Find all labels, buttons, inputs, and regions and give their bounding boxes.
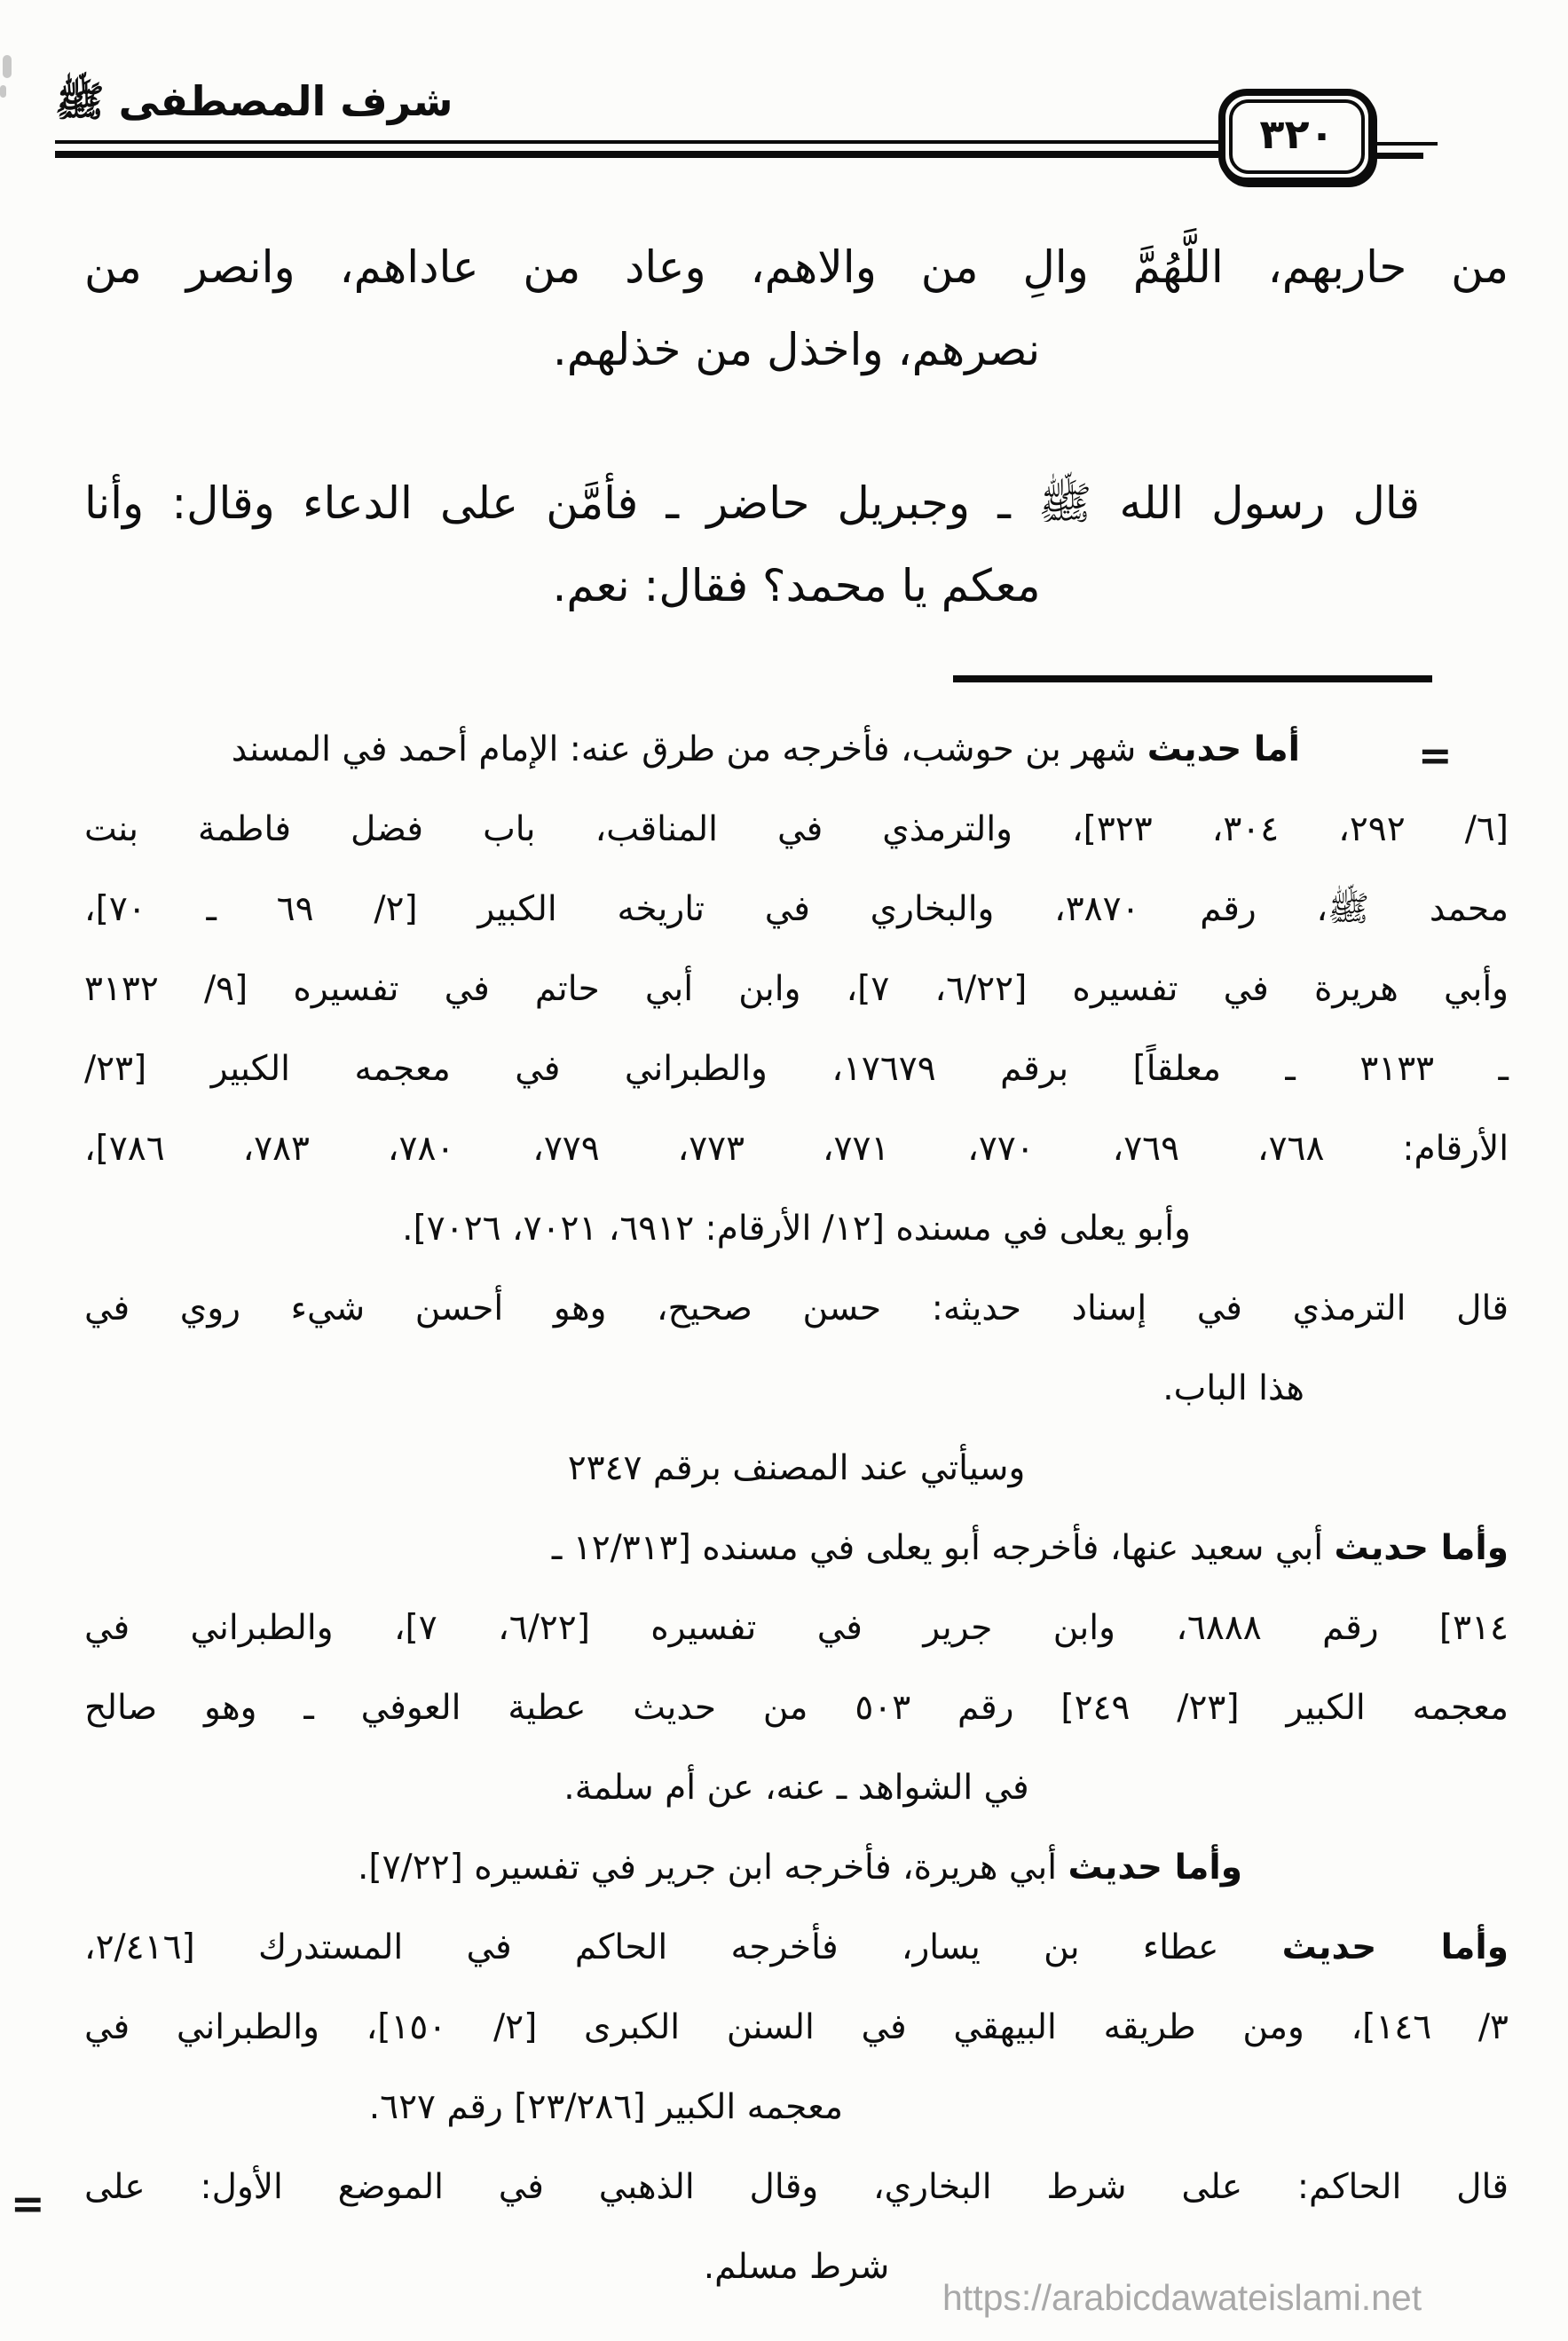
body-line: معكم يا محمد؟ فقال: نعم.	[84, 545, 1509, 627]
footnote-line-text: الأرقام: ٧٦٨، ٧٦٩، ٧٧٠، ٧٧١، ٧٧٣، ٧٧٩، ٧…	[84, 1129, 1509, 1169]
footnote-line: وأما حديث أبي سعيد عنها، فأخرجه أبو يعلى…	[84, 1509, 1509, 1588]
footnote-line: قال الحاكم: على شرط البخاري، وقال الذهبي…	[84, 2148, 1509, 2227]
footnote-lead: وأما حديث	[1282, 1927, 1509, 1967]
footnote-line-text: معجمه الكبير [٢٣/٢٨٦] رقم ٦٢٧.	[369, 2087, 843, 2127]
footnote-line-text: ـ ٣١٣٣ ـ معلقاً] برقم ١٧٦٧٩، والطبراني ف…	[84, 1049, 1509, 1089]
header-rule	[55, 151, 1218, 158]
footnote-line: الأرقام: ٧٦٨، ٧٦٩، ٧٧٠، ٧٧١، ٧٧٣، ٧٧٩، ٧…	[84, 1109, 1509, 1189]
page-number-box: ٣٢٠	[1218, 89, 1375, 185]
footnote-line-text: هذا الباب.	[1162, 1368, 1304, 1408]
body-line: نصرهم، واخذل من خذلهم.	[84, 309, 1509, 391]
scan-artifact	[0, 85, 6, 98]
footnote-line-text: شرط مسلم.	[704, 2247, 890, 2287]
footnote-line: ٣/ ١٤٦]، ومن طريقه البيهقي في السنن الكب…	[84, 1988, 1509, 2068]
footnote-line: معجمه الكبير [٢٣/ ٢٤٩] رقم ٥٠٣ من حديث ع…	[84, 1668, 1509, 1748]
footnote-line-text: وسيأتي عند المصنف برقم ٢٣٤٧	[568, 1448, 1026, 1488]
header-rule	[1377, 153, 1423, 159]
footnote-line: وأما حديث أبي هريرة، فأخرجه ابن جرير في …	[84, 1828, 1509, 1908]
footnote-continuation-mark-bottom: =	[11, 2179, 45, 2227]
footnote-line-text: وأبي هريرة في تفسيره [٦/٢٢، ٧]، وابن أبي…	[84, 969, 1509, 1009]
footnote-line-text: أبي هريرة، فأخرجه ابن جرير في تفسيره [٧/…	[358, 1848, 1068, 1888]
footnote-lead: وأما حديث	[1334, 1528, 1509, 1568]
footnote-line: ٣١٤] رقم ٦٨٨٨، وابن جرير في تفسيره [٦/٢٢…	[84, 1588, 1509, 1668]
watermark-url: https://arabicdawateislami.net	[942, 2277, 1422, 2319]
footnote-line: في الشواهد ـ عنه، عن أم سلمة.	[84, 1748, 1509, 1828]
footnote-line-text: وأبو يعلى في مسنده [١٢/ الأرقام: ٦٩١٢، ٧…	[402, 1209, 1191, 1249]
footnote-line: هذا الباب.	[84, 1349, 1509, 1429]
footnote-lead: وأما حديث	[1068, 1848, 1242, 1888]
footnote-separator-rule	[953, 675, 1432, 682]
page-number: ٣٢٠	[1259, 110, 1334, 163]
body-line: قال رسول الله ﷺ ـ وجبريل حاضر ـ فأمَّن ع…	[84, 462, 1509, 545]
footnote-line: وأما حديث عطاء بن يسار، فأخرجه الحاكم في…	[84, 1908, 1509, 1988]
scanned-book-page: شرف المصطفى ﷺ ٣٢٠ من حاربهم، اللَّهُمَّ …	[0, 0, 1568, 2341]
footnote-line-text: في الشواهد ـ عنه، عن أم سلمة.	[563, 1768, 1028, 1808]
footnote-line-text: قال الحاكم: على شرط البخاري، وقال الذهبي…	[84, 2167, 1509, 2207]
footnote-line: وسيأتي عند المصنف برقم ٢٣٤٧	[84, 1429, 1509, 1509]
footnote-line: وأبو يعلى في مسنده [١٢/ الأرقام: ٦٩١٢، ٧…	[84, 1189, 1509, 1269]
header-rule	[1377, 142, 1438, 146]
footnote-line: محمد ﷺ، رقم ٣٨٧٠، والبخاري في تاريخه الك…	[84, 870, 1509, 950]
footnote-line-text: عطاء بن يسار، فأخرجه الحاكم في المستدرك …	[84, 1927, 1282, 1967]
paragraph: من حاربهم، اللَّهُمَّ والِ من والاهم، وع…	[84, 226, 1509, 391]
footnote-line-text: [٦/ ٢٩٢، ٣٠٤، ٣٢٣]، والترمذي في المناقب،…	[84, 809, 1509, 849]
footnote-text: أما حديث شهر بن حوشب، فأخرجه من طرق عنه:…	[84, 710, 1509, 2307]
footnote-line: قال الترمذي في إسناد حديثه: حسن صحيح، وه…	[84, 1269, 1509, 1349]
footnote-line-text: شهر بن حوشب، فأخرجه من طرق عنه: الإمام أ…	[232, 729, 1147, 769]
body-line: من حاربهم، اللَّهُمَّ والِ من والاهم، وع…	[84, 226, 1509, 309]
page-number-inner-frame: ٣٢٠	[1229, 99, 1365, 174]
footnote-line-text: ٣/ ١٤٦]، ومن طريقه البيهقي في السنن الكب…	[84, 2007, 1509, 2047]
footnote-line-text: قال الترمذي في إسناد حديثه: حسن صحيح، وه…	[84, 1289, 1509, 1328]
scan-artifact	[3, 55, 12, 78]
footnote-line: وأبي هريرة في تفسيره [٦/٢٢، ٧]، وابن أبي…	[84, 950, 1509, 1029]
footnote-line: أما حديث شهر بن حوشب، فأخرجه من طرق عنه:…	[84, 710, 1509, 790]
footnote-line: معجمه الكبير [٢٣/٢٨٦] رقم ٦٢٧.	[84, 2068, 1509, 2148]
footnote-line-text: معجمه الكبير [٢٣/ ٢٤٩] رقم ٥٠٣ من حديث ع…	[84, 1688, 1509, 1728]
footnote-lead: أما حديث	[1147, 729, 1300, 769]
main-text: من حاربهم، اللَّهُمَّ والِ من والاهم، وع…	[84, 226, 1509, 627]
footnote-line-text: محمد ﷺ، رقم ٣٨٧٠، والبخاري في تاريخه الك…	[84, 889, 1509, 929]
footnote-line-text: ٣١٤] رقم ٦٨٨٨، وابن جرير في تفسيره [٦/٢٢…	[84, 1608, 1509, 1648]
paragraph: قال رسول الله ﷺ ـ وجبريل حاضر ـ فأمَّن ع…	[84, 462, 1509, 627]
header-rule	[55, 140, 1218, 144]
footnote-line: ـ ٣١٣٣ ـ معلقاً] برقم ١٧٦٧٩، والطبراني ف…	[84, 1029, 1509, 1109]
book-title: شرف المصطفى ﷺ	[55, 76, 453, 136]
footnote-line-text: أبي سعيد عنها، فأخرجه أبو يعلى في مسنده …	[552, 1528, 1335, 1568]
footnote-line: [٦/ ٢٩٢، ٣٠٤، ٣٢٣]، والترمذي في المناقب،…	[84, 790, 1509, 870]
